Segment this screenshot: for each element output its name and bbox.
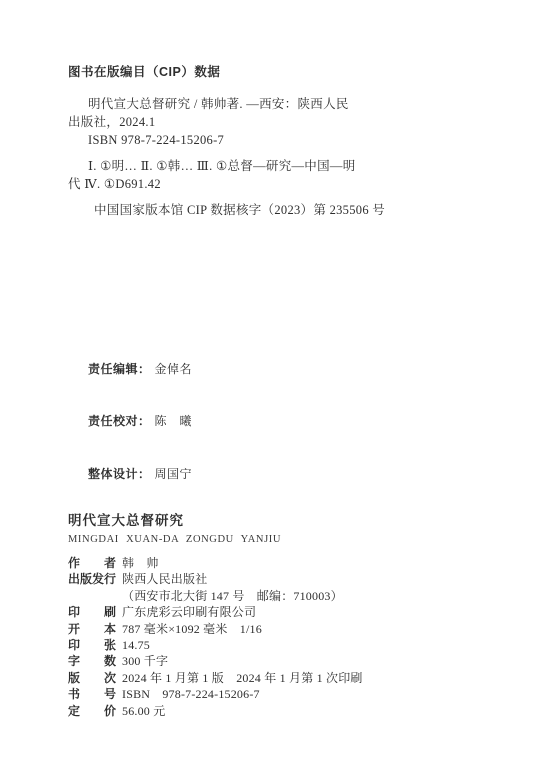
colophon-value: 广东虎彩云印刷有限公司 <box>122 604 256 620</box>
colophon-row-format: 开 本 787 毫米×1092 毫米 1/16 <box>68 621 498 637</box>
colophon-label: 出版发行 <box>68 571 122 587</box>
colophon-row-edition: 版 次 2024 年 1 月第 1 版 2024 年 1 月第 1 次印刷 <box>68 670 498 686</box>
colophon-value: 陕西人民出版社 <box>122 571 207 587</box>
colophon-row-isbn: 书 号 ISBN 978-7-224-15206-7 <box>68 686 498 702</box>
colophon-value: ISBN 978-7-224-15206-7 <box>122 686 260 702</box>
colophon-label: 定 价 <box>68 703 122 719</box>
colophon-value: 韩 帅 <box>122 555 159 571</box>
staff-name: 陈 曦 <box>155 414 193 428</box>
colophon-label: 印 张 <box>68 637 122 653</box>
colophon-row-printer: 印 刷 广东虎彩云印刷有限公司 <box>68 604 498 620</box>
colophon-value: 787 毫米×1092 毫米 1/16 <box>122 621 262 637</box>
colophon-value: 300 千字 <box>122 653 168 669</box>
colophon-block: 明代宣大总督研究 MINGDAI XUAN-DA ZONGDU YANJIU 作… <box>68 512 498 719</box>
cip-line-isbn: ISBN 978-7-224-15206-7 <box>68 131 488 149</box>
colophon-label: 作 者 <box>68 555 122 571</box>
staff-label: 责任校对： <box>88 414 151 428</box>
colophon-row-sheets: 印 张 14.75 <box>68 637 498 653</box>
colophon-row-wordcount: 字 数 300 千字 <box>68 653 498 669</box>
staff-label: 责任编辑： <box>88 362 151 376</box>
colophon-value: 56.00 元 <box>122 703 165 719</box>
colophon-label: 书 号 <box>68 686 122 702</box>
staff-name: 周国宁 <box>155 467 193 481</box>
cip-line: 出版社，2024.1 <box>68 113 488 131</box>
colophon-row-publisher-address: （西安市北大街 147 号 邮编：710003） <box>68 588 498 604</box>
cip-heading: 图书在版编目（CIP）数据 <box>68 63 488 81</box>
colophon-rows: 作 者 韩 帅 出版发行 陕西人民出版社 （西安市北大街 147 号 邮编：71… <box>68 555 498 719</box>
book-copyright-page: 图书在版编目（CIP）数据 明代宣大总督研究 / 韩帅著. —西安：陕西人民 出… <box>0 0 535 771</box>
cip-line-classification: 代 Ⅳ. ①D691.42 <box>68 175 488 193</box>
colophon-label: 字 数 <box>68 653 122 669</box>
staff-name: 金倬名 <box>155 362 193 376</box>
colophon-label: 版 次 <box>68 670 122 686</box>
book-title-pinyin: MINGDAI XUAN-DA ZONGDU YANJIU <box>68 533 498 547</box>
colophon-row-price: 定 价 56.00 元 <box>68 703 498 719</box>
cip-line-classification: Ⅰ. ①明… Ⅱ. ①韩… Ⅲ. ①总督—研究—中国—明 <box>68 157 488 175</box>
staff-block: 责任编辑：金倬名 责任校对：陈 曦 整体设计：周国宁 <box>70 343 192 501</box>
colophon-label: 开 本 <box>68 621 122 637</box>
staff-row-editor: 责任编辑：金倬名 <box>70 343 192 396</box>
colophon-value: 14.75 <box>122 637 150 653</box>
cip-block: 图书在版编目（CIP）数据 明代宣大总督研究 / 韩帅著. —西安：陕西人民 出… <box>68 63 488 219</box>
colophon-label: 印 刷 <box>68 604 122 620</box>
cip-line: 明代宣大总督研究 / 韩帅著. —西安：陕西人民 <box>68 95 488 113</box>
staff-row-designer: 整体设计：周国宁 <box>70 448 192 501</box>
staff-label: 整体设计： <box>88 467 151 481</box>
colophon-value: （西安市北大街 147 号 邮编：710003） <box>122 588 343 604</box>
book-title: 明代宣大总督研究 <box>68 512 498 530</box>
colophon-row-publisher: 出版发行 陕西人民出版社 <box>68 571 498 587</box>
colophon-value: 2024 年 1 月第 1 版 2024 年 1 月第 1 次印刷 <box>122 670 363 686</box>
cip-line-registration: 中国国家版本馆 CIP 数据核字（2023）第 235506 号 <box>68 201 488 219</box>
staff-row-proofreader: 责任校对：陈 曦 <box>70 396 192 449</box>
colophon-row-author: 作 者 韩 帅 <box>68 555 498 571</box>
